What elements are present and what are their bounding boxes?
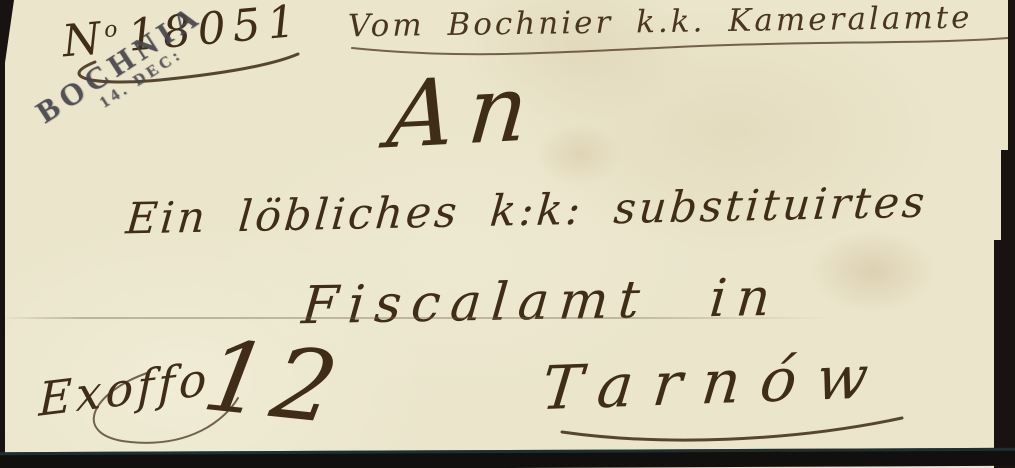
scanned-letter-cover: No18051 Vom Bochnier k.k. Kameralamte BO… — [0, 0, 1015, 468]
scan-edge-right-middle — [1001, 150, 1015, 250]
scan-edge-right-bottom — [994, 240, 1015, 468]
scan-edge-right-top — [1008, 0, 1015, 160]
address-line-2: Fiscalamt in — [299, 268, 782, 336]
destination-name: Tarnów — [538, 342, 891, 424]
fold-crease — [0, 317, 830, 319]
scan-edge-bottom — [0, 448, 1015, 468]
postage-fee: 12 — [195, 320, 351, 447]
salutation-an: An — [383, 54, 546, 170]
registry-prefix-superscript: o — [103, 17, 118, 43]
